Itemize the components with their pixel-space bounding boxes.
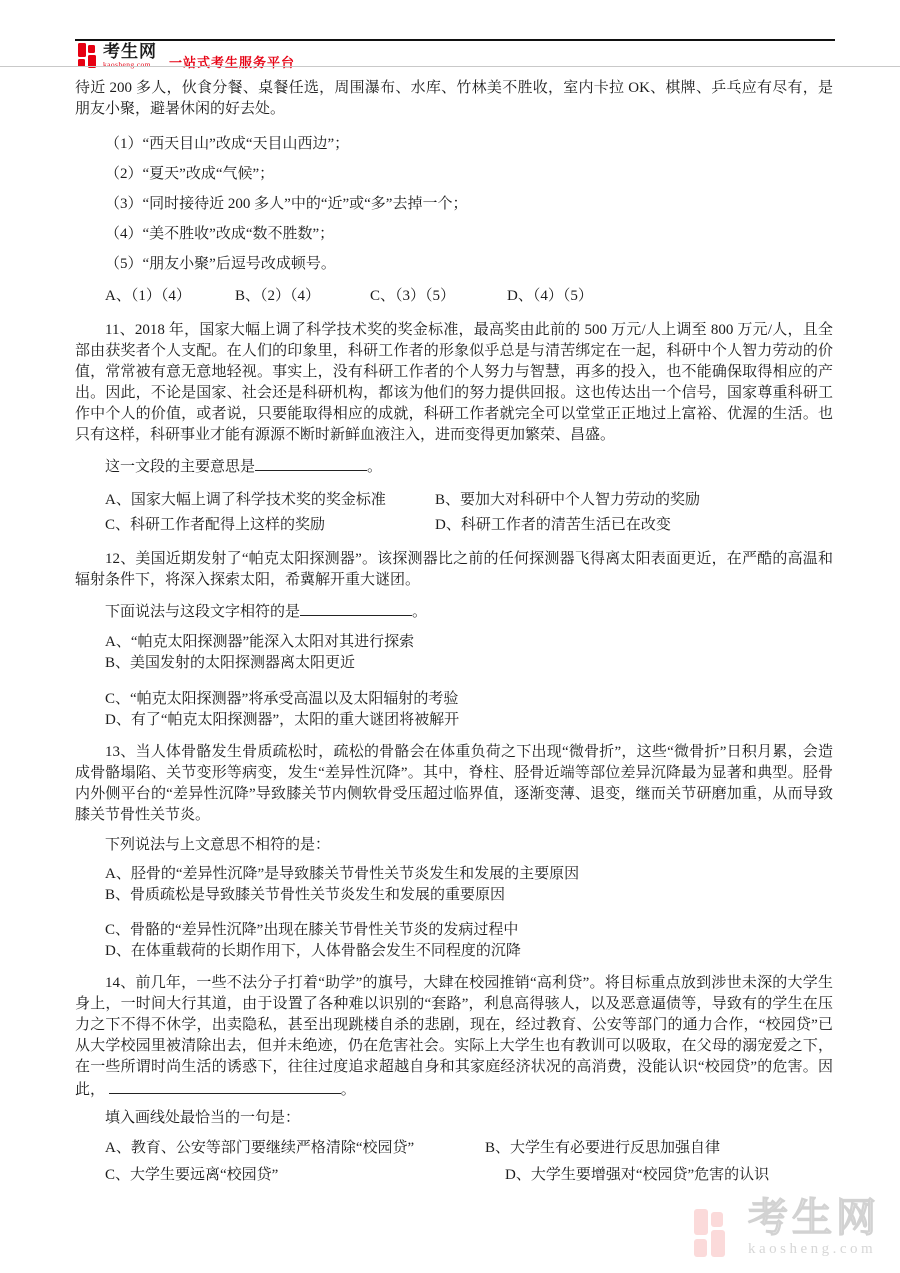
q11-stem-period: 。 bbox=[367, 459, 382, 475]
watermark-domain: kaosheng.com bbox=[748, 1242, 880, 1257]
q12-passage: 12、美国近期发射了“帕克太阳探测器”。该探测器比之前的任何探测器飞得离太阳表面… bbox=[75, 549, 833, 591]
q12-option-b: B、美国发射的太阳探测器离太阳更近 bbox=[105, 653, 833, 674]
q11-option-d: D、科研工作者的清苦生活已在改变 bbox=[435, 515, 671, 536]
q14-stem: 填入画线处最恰当的一句是： bbox=[105, 1108, 833, 1129]
q13-option-d: D、在体重载荷的长期作用下，人体骨骼会发生不同程度的沉降 bbox=[105, 941, 833, 962]
q10-item-2: （2）“夏天”改成“气候”； bbox=[105, 164, 833, 185]
logo-block bbox=[88, 45, 95, 53]
q10-option-d: D、（4）（5） bbox=[507, 286, 593, 307]
q12-stem-period: 。 bbox=[412, 604, 427, 620]
q10-option-c: C、（3）（5） bbox=[370, 286, 507, 307]
q13-stem: 下列说法与上文意思不相符的是： bbox=[105, 835, 833, 856]
q11-options-row-1: A、国家大幅上调了科学技术奖的奖金标准 B、要加大对科研中个人智力劳动的奖励 bbox=[105, 490, 833, 511]
logo-site-name: 考生网 bbox=[103, 43, 157, 60]
q14-options-row-2: C、大学生要远离“校园贷” D、大学生要增强对“校园贷”危害的认识 bbox=[105, 1165, 833, 1186]
q12-blank-underline bbox=[300, 600, 412, 616]
header-top-rule bbox=[75, 39, 835, 41]
logo-block bbox=[78, 43, 86, 57]
q11-stem-text: 这一文段的主要意思是 bbox=[105, 459, 255, 475]
watermark-site-name: 考生网 bbox=[748, 1198, 880, 1238]
q12-stem: 下面说法与这段文字相符的是。 bbox=[105, 600, 833, 623]
q13-passage: 13、当人体骨骼发生骨质疏松时，疏松的骨骼会在体重负荷之下出现“微骨折”，这些“… bbox=[75, 742, 833, 826]
q11-passage: 11、2018 年，国家大幅上调了科学技术奖的奖金标准，最高奖由此前的 500 … bbox=[75, 320, 833, 446]
q10-item-4: （4）“美不胜收”改成“数不胜数”； bbox=[105, 224, 833, 245]
q13-option-c: C、骨骼的“差异性沉降”出现在膝关节骨性关节炎的发病过程中 bbox=[105, 920, 833, 941]
q14-passage-period: 。 bbox=[341, 1082, 356, 1098]
q14-option-a: A、教育、公安等部门要继续严格清除“校园贷” bbox=[105, 1138, 485, 1159]
watermark-logo-icon bbox=[694, 1209, 738, 1257]
logo-block bbox=[694, 1209, 708, 1235]
logo-text: 考生网 kaosheng.com bbox=[103, 43, 157, 69]
exam-content: 待近 200 多人，伙食分餐、桌餐任选，周围瀑布、水库、竹林美不胜收，室内卡拉 … bbox=[75, 78, 833, 1186]
q10-option-b: B、（2）（4） bbox=[235, 286, 370, 307]
q14-blank-underline bbox=[109, 1078, 341, 1094]
watermark-text: 考生网 kaosheng.com bbox=[748, 1198, 880, 1257]
q14-option-b: B、大学生有必要进行反思加强自律 bbox=[485, 1138, 720, 1159]
q12-option-a: A、“帕克太阳探测器”能深入太阳对其进行探索 bbox=[105, 632, 833, 653]
q11-blank-underline bbox=[255, 455, 367, 471]
q11-options-row-2: C、科研工作者配得上这样的奖励 D、科研工作者的清苦生活已在改变 bbox=[105, 515, 833, 536]
q11-option-b: B、要加大对科研中个人智力劳动的奖励 bbox=[435, 490, 700, 511]
q11-stem: 这一文段的主要意思是。 bbox=[105, 455, 833, 478]
q11-option-c: C、科研工作者配得上这样的奖励 bbox=[105, 515, 435, 536]
header-divider-line bbox=[0, 66, 900, 67]
kaosheng-logo-icon bbox=[78, 43, 99, 68]
q10-item-3: （3）“同时接待近 200 多人”中的“近”或“多”去掉一个； bbox=[105, 194, 833, 215]
logo-block bbox=[711, 1212, 723, 1227]
q13-option-b: B、骨质疏松是导致膝关节骨性关节炎发生和发展的重要原因 bbox=[105, 885, 833, 906]
logo-tagline: 一站式考生服务平台 bbox=[169, 52, 295, 71]
logo-block bbox=[694, 1239, 707, 1257]
q12-stem-text: 下面说法与这段文字相符的是 bbox=[105, 604, 300, 620]
q14-option-c: C、大学生要远离“校园贷” bbox=[105, 1165, 505, 1186]
logo-block bbox=[711, 1230, 725, 1257]
q14-options-row-1: A、教育、公安等部门要继续严格清除“校园贷” B、大学生有必要进行反思加强自律 bbox=[105, 1138, 833, 1159]
q13-option-a: A、胫骨的“差异性沉降”是导致膝关节骨性关节炎发生和发展的主要原因 bbox=[105, 864, 833, 885]
q14-option-d: D、大学生要增强对“校园贷”危害的认识 bbox=[505, 1165, 769, 1186]
q12-option-d: D、有了“帕克太阳探测器”，太阳的重大谜团将被解开 bbox=[105, 710, 833, 731]
q10-item-1: （1）“西天目山”改成“天目山西边”； bbox=[105, 134, 833, 155]
q10-item-5: （5）“朋友小聚”后逗号改成顿号。 bbox=[105, 254, 833, 275]
q11-option-a: A、国家大幅上调了科学技术奖的奖金标准 bbox=[105, 490, 435, 511]
q12-option-c: C、“帕克太阳探测器”将承受高温以及太阳辐射的考验 bbox=[105, 689, 833, 710]
kaosheng-watermark: 考生网 kaosheng.com bbox=[694, 1198, 880, 1257]
logo-domain: kaosheng.com bbox=[103, 61, 157, 69]
q10-option-a: A、（1）（4） bbox=[105, 286, 235, 307]
q14-passage: 14、前几年，一些不法分子打着“助学”的旗号，大肆在校园推销“高利贷”。将目标重… bbox=[75, 973, 833, 1101]
q10-options-row: A、（1）（4） B、（2）（4） C、（3）（5） D、（4）（5） bbox=[105, 286, 833, 307]
intro-paragraph: 待近 200 多人，伙食分餐、桌餐任选，周围瀑布、水库、竹林美不胜收，室内卡拉 … bbox=[75, 78, 833, 120]
